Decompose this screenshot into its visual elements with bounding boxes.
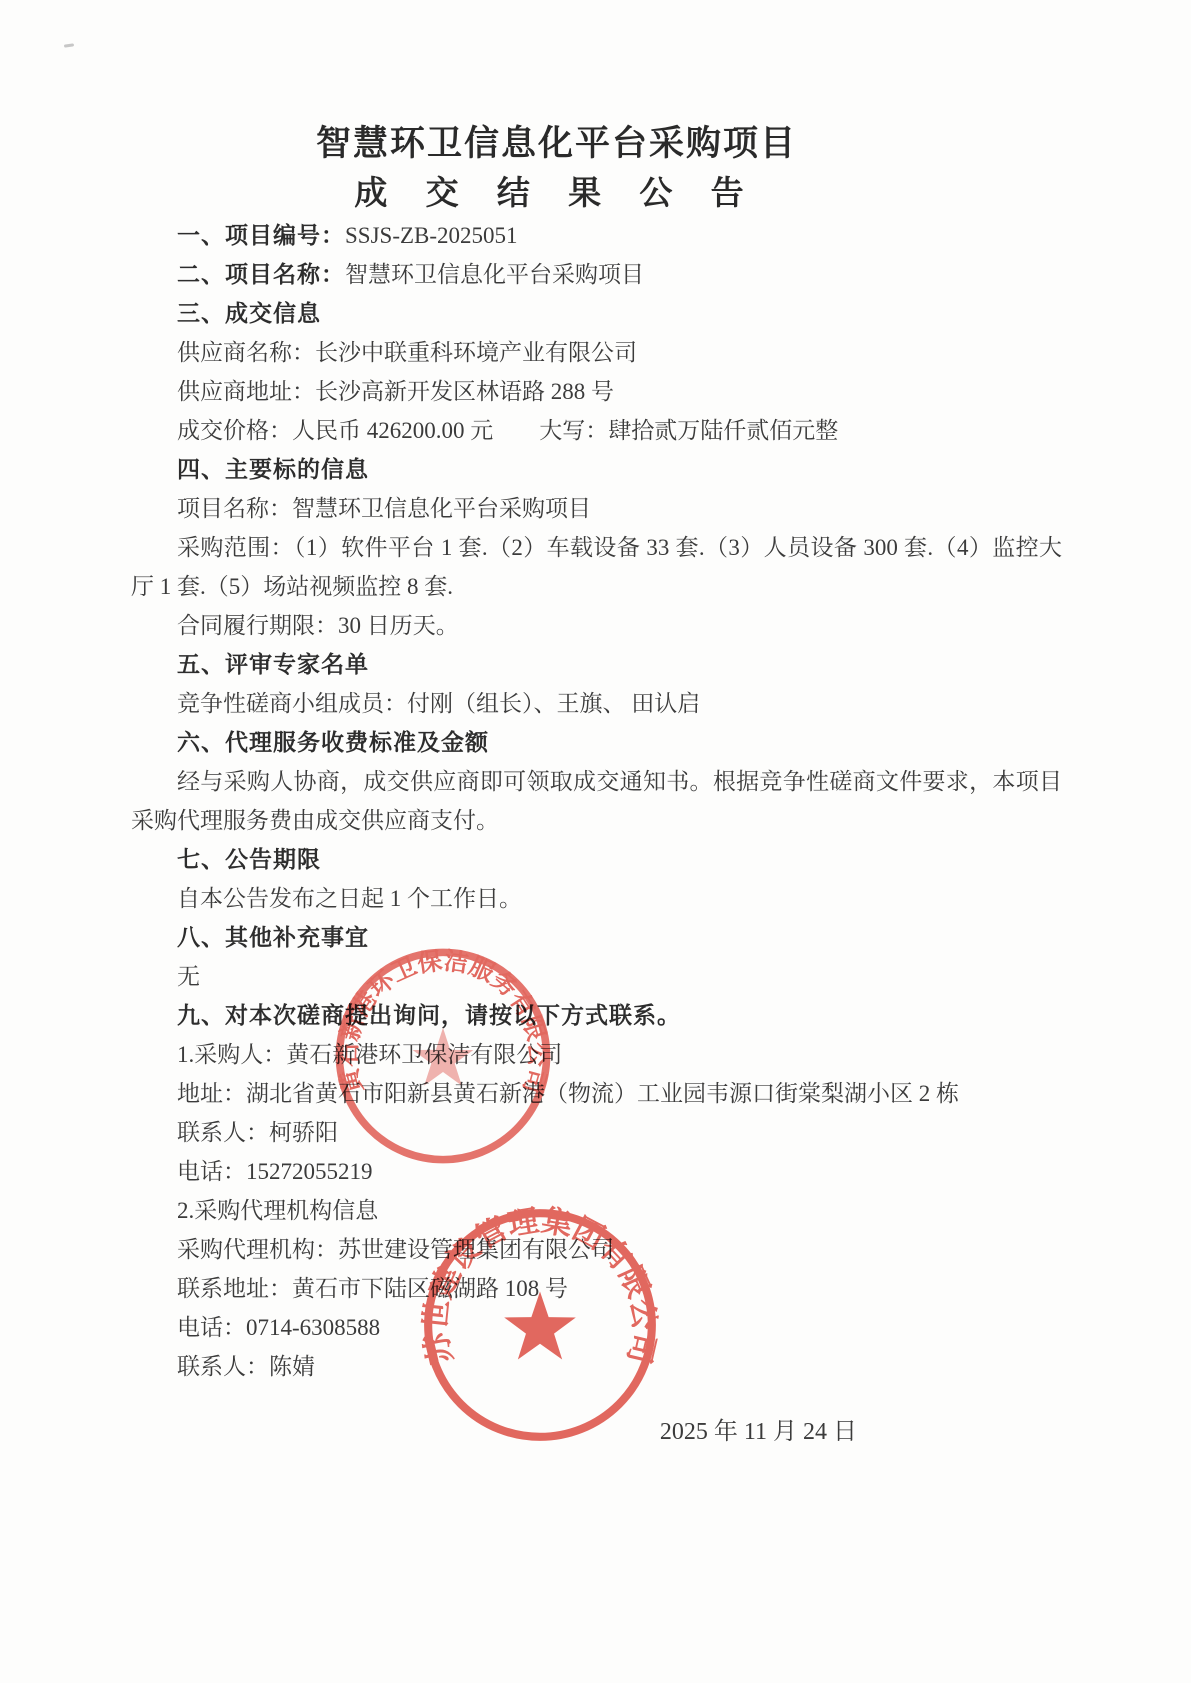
paragraph-supplier-name: 供应商名称：长沙中联重科环境产业有限公司: [131, 333, 1062, 372]
paragraph-label: 五、评审专家名单: [177, 652, 369, 677]
section-heading-announcement-period: 七、公告期限: [131, 840, 1062, 879]
doc-title: 智慧环卫信息化平台采购项目: [91, 116, 1022, 166]
paragraph-label: 八、其他补充事宜: [177, 925, 369, 950]
paragraph-text: 智慧环卫信息化平台采购项目: [345, 262, 644, 287]
paragraph-text: 供应商地址：长沙高新开发区林语路 288 号: [177, 379, 614, 404]
section-heading-deal-info: 三、成交信息: [131, 294, 1062, 333]
paragraph-project-number: 一、项目编号：SSJS-ZB-2025051: [131, 216, 1062, 255]
paragraph-agency-phone: 电话：0714-6308588: [131, 1308, 1062, 1347]
paragraph-expert-members: 竞争性磋商小组成员：付刚（组长）、王旗、 田认启: [131, 684, 1062, 723]
paragraph-purchaser-address: 地址：湖北省黄石市阳新县黄石新港（物流）工业园韦源口街棠梨湖小区 2 栋: [131, 1074, 1062, 1113]
doc-body: 一、项目编号：SSJS-ZB-2025051 二、项目名称：智慧环卫信息化平台采…: [131, 216, 1062, 1452]
paragraph-label: 一、项目编号：: [177, 223, 345, 248]
paragraph-contract-period: 合同履行期限：30 日历天。: [131, 606, 1062, 645]
doc-date: 2025 年 11 月 24 日: [131, 1412, 1062, 1452]
doc-subtitle: 成 交 结 果 公 告: [91, 167, 1022, 214]
paragraph-agency-name: 采购代理机构：苏世建设管理集团有限公司: [131, 1230, 1062, 1269]
paragraph-text: 采购范围：（1）软件平台 1 套.（2）车载设备 33 套.（3）人员设备 30…: [131, 535, 1062, 599]
paragraph-text: 电话：15272055219: [177, 1159, 373, 1184]
scan-artifact: [64, 43, 74, 47]
document-page: 智慧环卫信息化平台采购项目 成 交 结 果 公 告 一、项目编号：SSJS-ZB…: [0, 0, 1191, 1683]
paragraph-text: 联系人：陈婧: [177, 1354, 315, 1379]
paragraph-label: 七、公告期限: [177, 847, 321, 872]
paragraph-label: 四、主要标的信息: [177, 457, 369, 482]
paragraph-text: 自本公告发布之日起 1 个工作日。: [177, 886, 522, 911]
paragraph-text: 无: [177, 964, 200, 989]
paragraph-agency-fee-detail: 经与采购人协商，成交供应商即可领取成交通知书。根据竞争性磋商文件要求，本项目采购…: [131, 762, 1062, 840]
paragraph-text: 供应商名称：长沙中联重科环境产业有限公司: [177, 340, 637, 365]
paragraph-supplier-address: 供应商地址：长沙高新开发区林语路 288 号: [131, 372, 1062, 411]
paragraph-agency-contact: 联系人：陈婧: [131, 1347, 1062, 1386]
paragraph-text: 合同履行期限：30 日历天。: [177, 613, 459, 638]
paragraph-announcement-period-detail: 自本公告发布之日起 1 个工作日。: [131, 879, 1062, 918]
section-heading-other-matters: 八、其他补充事宜: [131, 918, 1062, 957]
paragraph-text: 地址：湖北省黄石市阳新县黄石新港（物流）工业园韦源口街棠梨湖小区 2 栋: [177, 1081, 959, 1106]
paragraph-purchaser-contact: 联系人：柯骄阳: [131, 1113, 1062, 1152]
section-heading-contact-methods: 九、对本次磋商提出询问，请按以下方式联系。: [131, 996, 1062, 1035]
paragraph-text: 经与采购人协商，成交供应商即可领取成交通知书。根据竞争性磋商文件要求，本项目采购…: [131, 769, 1062, 833]
paragraph-project-name: 二、项目名称：智慧环卫信息化平台采购项目: [131, 255, 1062, 294]
paragraph-label: 二、项目名称：: [177, 262, 345, 287]
section-heading-expert-list: 五、评审专家名单: [131, 645, 1062, 684]
paragraph-subject-project-name: 项目名称：智慧环卫信息化平台采购项目: [131, 489, 1062, 528]
paragraph-text: 1.采购人：黄石新港环卫保洁有限公司: [177, 1042, 562, 1067]
paragraph-label: 九、对本次磋商提出询问，请按以下方式联系。: [177, 1003, 681, 1028]
paragraph-deal-price: 成交价格：人民币 426200.00 元 大写：肆拾贰万陆仟贰佰元整: [131, 411, 1062, 450]
paragraph-text: 成交价格：人民币 426200.00 元 大写：肆拾贰万陆仟贰佰元整: [177, 418, 838, 443]
paragraph-text: 联系人：柯骄阳: [177, 1120, 338, 1145]
paragraph-agency-info-heading: 2.采购代理机构信息: [131, 1191, 1062, 1230]
section-heading-agency-fee: 六、代理服务收费标准及金额: [131, 723, 1062, 762]
paragraph-other-matters-none: 无: [131, 957, 1062, 996]
section-heading-subject-info: 四、主要标的信息: [131, 450, 1062, 489]
paragraph-text: 竞争性磋商小组成员：付刚（组长）、王旗、 田认启: [177, 691, 700, 716]
paragraph-text: 项目名称：智慧环卫信息化平台采购项目: [177, 496, 591, 521]
paragraph-label: 三、成交信息: [177, 301, 321, 326]
paragraph-text: 2.采购代理机构信息: [177, 1198, 378, 1223]
paragraph-purchaser-phone: 电话：15272055219: [131, 1152, 1062, 1191]
paragraph-label: 六、代理服务收费标准及金额: [177, 730, 489, 755]
paragraph-text: 电话：0714-6308588: [177, 1315, 380, 1340]
paragraph-agency-address: 联系地址：黄石市下陆区磁湖路 108 号: [131, 1269, 1062, 1308]
paragraph-purchaser-name: 1.采购人：黄石新港环卫保洁有限公司: [131, 1035, 1062, 1074]
paragraph-text: SSJS-ZB-2025051: [345, 223, 518, 248]
paragraph-procurement-scope: 采购范围：（1）软件平台 1 套.（2）车载设备 33 套.（3）人员设备 30…: [131, 528, 1062, 606]
paragraph-text: 联系地址：黄石市下陆区磁湖路 108 号: [177, 1276, 568, 1301]
paragraph-text: 采购代理机构：苏世建设管理集团有限公司: [177, 1237, 614, 1262]
